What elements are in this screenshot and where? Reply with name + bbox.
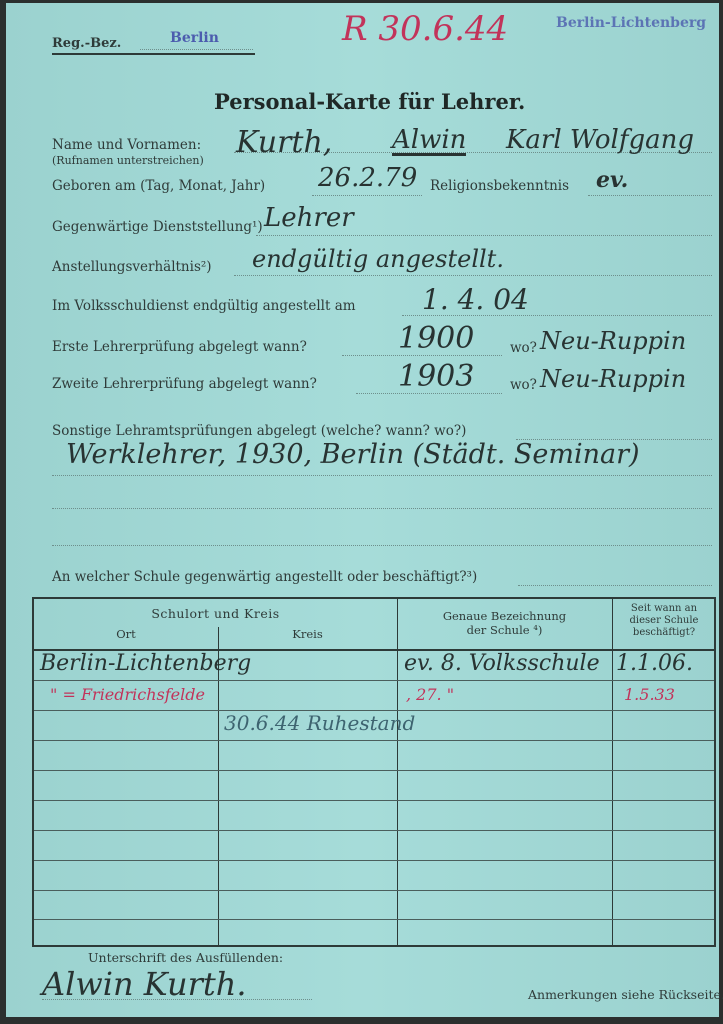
name-label: Name und Vornamen: [52, 137, 201, 153]
other-exams-dots-2 [52, 475, 712, 476]
second-exam-year: 1903 [398, 359, 474, 394]
header-schulort-kreis: Schulort und Kreis [34, 607, 397, 621]
employment-dots [234, 275, 712, 276]
reg-bez-value: Berlin [170, 30, 219, 46]
row2-ort: " = Friedrichsfelde [50, 685, 205, 704]
card-title: Personal-Karte für Lehrer. [214, 89, 525, 114]
reg-bez-underline [52, 53, 255, 55]
row1-since: 1.1.06. [616, 651, 693, 676]
position-value: Lehrer [264, 203, 354, 233]
other-exams-label: Sonstige Lehramtsprüfungen abgelegt (wel… [52, 423, 466, 439]
name-sublabel: (Rufnamen unterstreichen) [52, 154, 204, 167]
religion-label: Religionsbekenntnis [430, 178, 569, 194]
other-exams-dots-4 [52, 545, 712, 546]
row-line [34, 740, 714, 741]
second-exam-where-label: wo? [510, 377, 537, 393]
school-table: Schulort und Kreis Ort Kreis Genaue Beze… [32, 597, 716, 947]
school-question: An welcher Schule gegenwärtig angestellt… [52, 569, 477, 585]
personnel-card: Reg.-Bez. Berlin R 30.6.44 Berlin-Lichte… [6, 3, 719, 1017]
first-exam-label: Erste Lehrerprüfung abgelegt wann? [52, 339, 307, 355]
volksschule-value: 1. 4. 04 [422, 283, 529, 316]
header-ort: Ort [34, 627, 218, 641]
location-stamp: Berlin-Lichtenberg [556, 15, 706, 31]
employment-label: Anstellungsverhältnis²) [52, 259, 212, 275]
notes-reference: Anmerkungen siehe Rückseite. [528, 987, 723, 1002]
header-kreis: Kreis [218, 627, 397, 641]
religion-dots [588, 195, 712, 196]
row-line [34, 800, 714, 801]
position-label: Gegenwärtige Dienststellung¹) [52, 219, 263, 235]
row3-kreis: 30.6.44 Ruhestand [224, 711, 415, 735]
first-exam-where: Neu-Ruppin [540, 327, 686, 355]
row1-school: ev. 8. Volksschule [404, 651, 600, 676]
col-divider-1 [218, 651, 219, 945]
row-line [34, 860, 714, 861]
first-exam-year: 1900 [398, 321, 474, 356]
name-other: Karl Wolfgang [506, 125, 694, 155]
red-date-note: R 30.6.44 [342, 9, 508, 49]
header-since-l1: Seit wann an [612, 603, 716, 615]
religion-value: ev. [596, 167, 628, 193]
signature-label: Unterschrift des Ausfüllenden: [88, 950, 283, 965]
row-line [34, 770, 714, 771]
row-line [34, 890, 714, 891]
born-label: Geboren am (Tag, Monat, Jahr) [52, 178, 265, 194]
header-school-l1: Genaue Bezeichnung [397, 609, 612, 623]
reg-bez-label: Reg.-Bez. [52, 36, 121, 51]
employment-value: endgültig angestellt. [252, 245, 504, 273]
first-exam-where-label: wo? [510, 340, 537, 356]
reg-bez-dots [140, 49, 253, 50]
header-since-l3: beschäftigt? [612, 627, 716, 639]
header-since-l2: dieser Schule [612, 615, 716, 627]
other-exams-value: Werklehrer, 1930, Berlin (Städt. Seminar… [66, 439, 640, 470]
row-line [34, 830, 714, 831]
position-dots [256, 235, 712, 236]
row-line [34, 680, 714, 681]
name-rufname: Alwin [392, 127, 466, 156]
row2-school: , 27. " [406, 685, 454, 704]
signature: Alwin Kurth. [42, 965, 247, 1003]
row1-ort: Berlin-Lichtenberg [40, 651, 251, 676]
born-dots [312, 195, 422, 196]
row-line [34, 919, 714, 920]
volksschule-label: Im Volksschuldienst endgültig angestellt… [52, 298, 356, 314]
second-exam-where: Neu-Ruppin [540, 365, 686, 393]
school-question-dots [518, 585, 712, 586]
second-exam-label: Zweite Lehrerprüfung abgelegt wann? [52, 376, 317, 392]
row2-since: 1.5.33 [624, 685, 675, 704]
header-school-l2: der Schule ⁴) [397, 623, 612, 637]
name-surname: Kurth, [236, 125, 332, 160]
other-exams-dots-3 [52, 508, 712, 509]
born-value: 26.2.79 [318, 163, 417, 193]
